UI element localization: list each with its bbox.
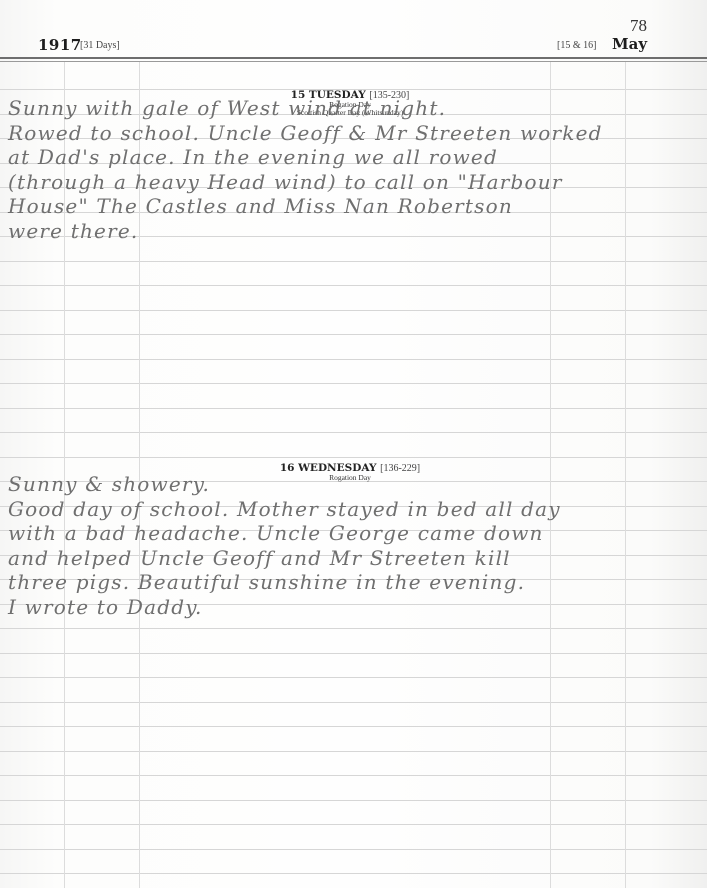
header-date-range: [15 & 16] [557,40,596,51]
ruled-line [0,359,707,360]
handwritten-line: three pigs. Beautiful sunshine in the ev… [8,570,707,595]
handwritten-line: Good day of school. Mother stayed in bed… [8,497,707,522]
ruled-line [0,702,707,703]
page-number: 78 [630,16,647,36]
entry-16-handwriting: Sunny & showery. Good day of school. Mot… [8,472,707,619]
handwritten-line: were there. [8,219,707,244]
header-year: 1917 [38,36,82,54]
ruled-line [0,873,707,874]
diary-page: 1917 [31 Days] 78 [15 & 16] May 15 TUESD… [0,0,707,888]
handwritten-line: Sunny with gale of West wind at night. [8,96,707,121]
ruled-line [0,800,707,801]
ruled-line [0,849,707,850]
ruled-line [0,775,707,776]
ruled-line [0,677,707,678]
ruled-line [0,285,707,286]
ruled-line [0,751,707,752]
ruled-line [0,408,707,409]
ruled-line [0,726,707,727]
handwritten-line: with a bad headache. Uncle George came d… [8,521,707,546]
handwritten-line: Sunny & showery. [8,472,707,497]
handwritten-line: Rowed to school. Uncle Geoff & Mr Street… [8,121,707,146]
ruled-line [0,628,707,629]
handwritten-line: and helped Uncle Geoff and Mr Streeten k… [8,546,707,571]
ruled-line [0,457,707,458]
handwritten-line: at Dad's place. In the evening we all ro… [8,145,707,170]
ruled-line [0,653,707,654]
header-days-in-month: [31 Days] [80,40,120,51]
handwritten-line: (through a heavy Head wind) to call on "… [8,170,707,195]
handwritten-line: I wrote to Daddy. [8,595,707,620]
ruled-line [0,432,707,433]
ruled-line [0,334,707,335]
header-month: May [612,35,647,53]
handwritten-line: House" The Castles and Miss Nan Robertso… [8,194,707,219]
ruled-line [0,383,707,384]
header-rule [0,57,707,59]
entry-15-handwriting: Sunny with gale of West wind at night. R… [8,96,707,243]
ruled-line [0,261,707,262]
header-rule-secondary [0,61,707,62]
ruled-line [0,310,707,311]
ruled-line [0,824,707,825]
